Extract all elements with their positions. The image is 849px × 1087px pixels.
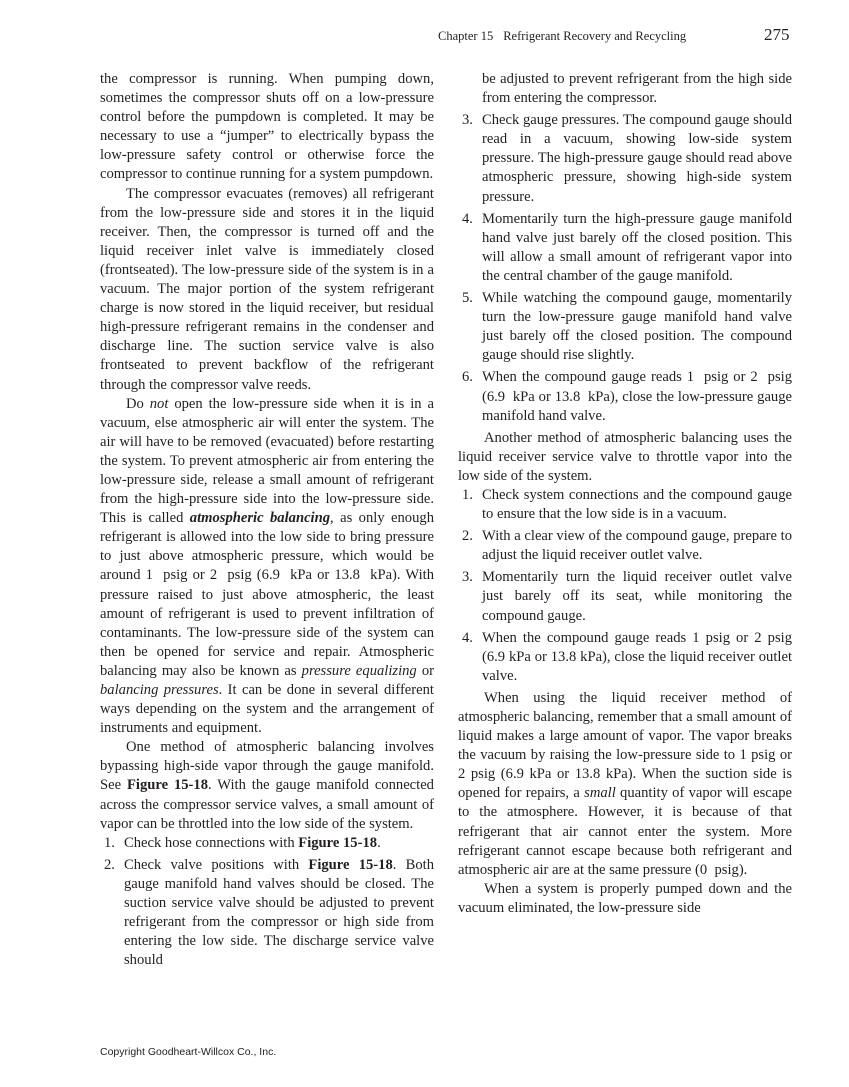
page-number: 275 (764, 25, 790, 45)
list-item: 4.When the compound gauge reads 1 psig o… (458, 629, 792, 686)
figure-reference: Figure 15-18 (127, 777, 208, 793)
key-term: atmospheric balancing (190, 510, 330, 526)
list-item: 6.When the compound gauge reads 1 psig o… (458, 368, 792, 425)
chapter-number: Chapter 15 (438, 29, 493, 43)
chapter-title: Refrigerant Recovery and Recycling (503, 29, 686, 43)
paragraph: One method of atmospheric balancing invo… (100, 738, 434, 833)
list-item: 2.Check valve positions with Figure 15-1… (100, 856, 434, 971)
paragraph: the compressor is running. When pumping … (100, 70, 434, 185)
figure-reference: Figure 15-18 (308, 857, 392, 873)
list-item: 5.While watching the compound gauge, mom… (458, 289, 792, 365)
list-item: 1.Check hose connections with Figure 15-… (100, 834, 434, 853)
paragraph: When a system is properly pumped down an… (458, 880, 792, 918)
paragraph: When using the liquid receiver method of… (458, 689, 792, 880)
list-item: 2.With a clear view of the compound gaug… (458, 527, 792, 565)
paragraph: The compressor evacuates (removes) all r… (100, 185, 434, 395)
list-item: 4.Momentarily turn the high-pressure gau… (458, 210, 792, 286)
chapter-heading: Chapter 15Refrigerant Recovery and Recyc… (438, 29, 686, 44)
running-header: Chapter 15Refrigerant Recovery and Recyc… (0, 27, 849, 47)
paragraph: Another method of atmospheric balancing … (458, 429, 792, 486)
list-item: 1.Check system connections and the compo… (458, 486, 792, 524)
left-column: the compressor is running. When pumping … (100, 70, 434, 970)
list-item: 3.Check gauge pressures. The compound ga… (458, 111, 792, 206)
paragraph-atmospheric-balancing: Do not open the low-pressure side when i… (100, 395, 434, 739)
list-item: 3.Momentarily turn the liquid receiver o… (458, 568, 792, 625)
figure-reference: Figure 15-18 (298, 835, 377, 851)
right-column: be adjusted to prevent refrigerant from … (458, 70, 792, 918)
list-item-continuation: be adjusted to prevent refrigerant from … (458, 70, 792, 108)
copyright-footer: Copyright Goodheart-Willcox Co., Inc. (100, 1046, 276, 1058)
